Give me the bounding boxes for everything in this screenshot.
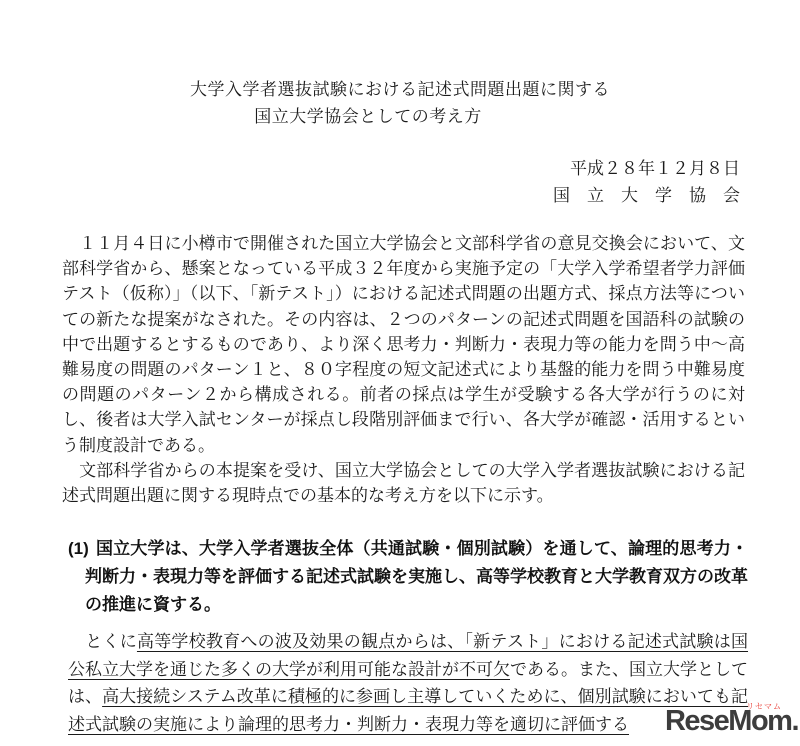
section-1-text: 国立大学は、大学入学者選抜全体（共通試験・個別試験）を通して、論理的思考力・判断…: [85, 539, 748, 614]
document-date: 平成２８年１２月８日: [0, 156, 740, 183]
section-1-label: (1): [68, 539, 89, 558]
document-title: 大学入学者選抜試験における記述式問題出題に関する 国立大学協会としての考え方: [0, 0, 800, 130]
title-line-1: 大学入学者選抜試験における記述式問題出題に関する: [0, 76, 800, 103]
text-segment-underlined: 高大接続システム改革に積極的に参画し主導していくために、個別試験においても記述式…: [68, 687, 748, 734]
title-line-2: 国立大学協会としての考え方: [0, 103, 768, 130]
paragraph-proposal: 文部科学省からの本提案を受け、国立大学協会としての大学入学者選抜試験における記述…: [62, 458, 745, 508]
resemom-watermark: リセマム ReseMom.: [665, 705, 798, 738]
byline: 平成２８年１２月８日 国 立 大 学 協 会: [0, 156, 800, 209]
organization-name: 国 立 大 学 協 会: [0, 183, 740, 210]
section-1: (1)国立大学は、大学入学者選抜全体（共通試験・個別試験）を通して、論理的思考力…: [68, 535, 748, 619]
watermark-ruby-label: リセマム: [746, 701, 782, 712]
paragraph-detail: とくに高等学校教育への波及効果の観点からは、「新テスト」における記述式試験は国公…: [68, 628, 748, 738]
document-page: 大学入学者選抜試験における記述式問題出題に関する 国立大学協会としての考え方 平…: [0, 0, 800, 746]
paragraph-intro: １１月４日に小樽市で開催された国立大学協会と文部科学省の意見交換会において、文部…: [62, 231, 745, 458]
text-segment-plain: とくに: [68, 632, 137, 651]
